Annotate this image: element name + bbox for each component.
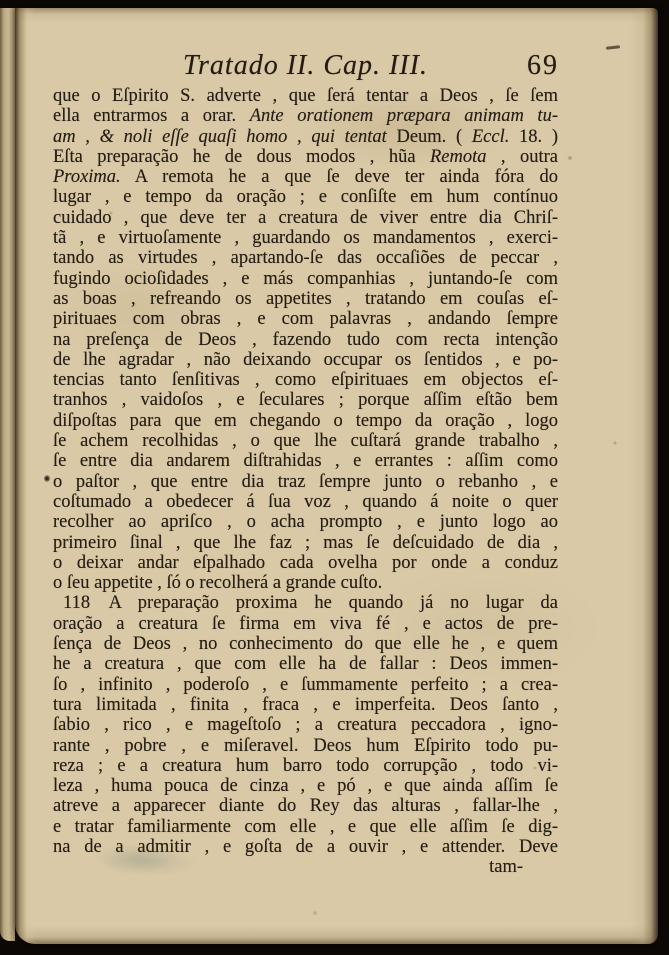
ink-dash-mark [606,45,620,49]
text-line: ella entrarmos a orar. Ante orationem pr… [53,106,558,126]
text-line: he a creatura , que com elle ha de falla… [53,654,558,674]
body-text: que o Eſpirito S. adverte , que ſerá ten… [53,86,558,878]
text-line: atreve a apparecer diante do Rey das alt… [53,796,558,816]
text-line: de lhe agradar , não deixando occupar os… [53,350,558,370]
text-line: ſe entre dia andarem diſtrahidas , e err… [53,451,558,471]
text-line: tando as virtudes , apartando-ſe das occ… [53,248,558,268]
text-line: na preſença de Deos , fazendo tudo com r… [53,330,558,350]
text-line: rante , pobre , e miſeravel. Deos hum Eſ… [53,736,558,756]
text-line: as boas , refreando os appetites , trata… [53,289,558,309]
text-line: coſtumado a obedecer á ſua voz , quando … [53,492,558,512]
text-line: 118 A preparação proxima he quando já no… [53,593,558,613]
show-through-smudge [103,848,198,876]
text-line: tura limitada , finita , fraca , e imper… [53,695,558,715]
text-line: ſabio , rico , e mageſtoſo ; a creatura … [53,715,558,735]
text-line: o paſtor , que entre dia traz ſempre jun… [53,472,558,492]
text-line: tencias tanto ſenſitivas , como eſpiritu… [53,370,558,390]
text-line: ſe achem recolhidas , o que lhe cuſtará … [53,431,558,451]
text-line: primeiro ſinal , que lhe faz ; mas ſe de… [53,533,558,553]
book-page-scan: Tratado II. Cap. III. 69 que o Eſpirito … [0,0,669,955]
text-line: fugindo ocioſidades , e más companhias ,… [53,269,558,289]
page-header: Tratado II. Cap. III. 69 [53,48,558,88]
text-line: tã , e virtuoſamente , guardando os mand… [53,228,558,248]
text-line: o deixar andar eſpalhado cada ovelha por… [53,553,558,573]
text-line: Proxima. A remota he a que ſe deve ter a… [53,167,558,187]
text-line: ſença de Deos , no conhecimento do que e… [53,634,558,654]
text-line: am , & noli eſſe quaſi homo , qui tentat… [53,127,558,147]
text-line: pirituaes com obras , e com palavras , a… [53,309,558,329]
text-line: o ſeu appetite , ſó o recolherá a grande… [53,573,558,593]
chapter-heading: Tratado II. Cap. III. [53,48,558,84]
facing-page-edge [0,8,15,941]
text-line: lugar , e tempo da oração ; e conſiſte e… [53,187,558,207]
text-line: recolher ao apriſco , o acha prompto , e… [53,512,558,532]
text-line: e tratar familiarmente com elle , e que … [53,817,558,837]
text-line: cuidado , que deve ter a creatura de viv… [53,208,558,228]
margin-ink-spot [44,475,50,482]
text-line: reza ; e a creatura hum barro todo corru… [53,756,558,776]
text-line: tranhos , vaidoſos , e ſeculares ; porqu… [53,390,558,410]
text-line: que o Eſpirito S. adverte , que ſerá ten… [53,86,558,106]
text-line: leza , huma pouca de cinza , e pó , e qu… [53,776,558,796]
text-line: Eſta preparação he de dous modos , hũa R… [53,147,558,167]
text-line: diſpoſtas para que em chegando o tempo d… [53,411,558,431]
text-line: oração a creatura ſe firma em viva fé , … [53,614,558,634]
text-line: ſo , infinito , poderoſo , e ſummamente … [53,675,558,695]
page-number: 69 [527,48,559,84]
book-page: Tratado II. Cap. III. 69 que o Eſpirito … [15,8,658,944]
